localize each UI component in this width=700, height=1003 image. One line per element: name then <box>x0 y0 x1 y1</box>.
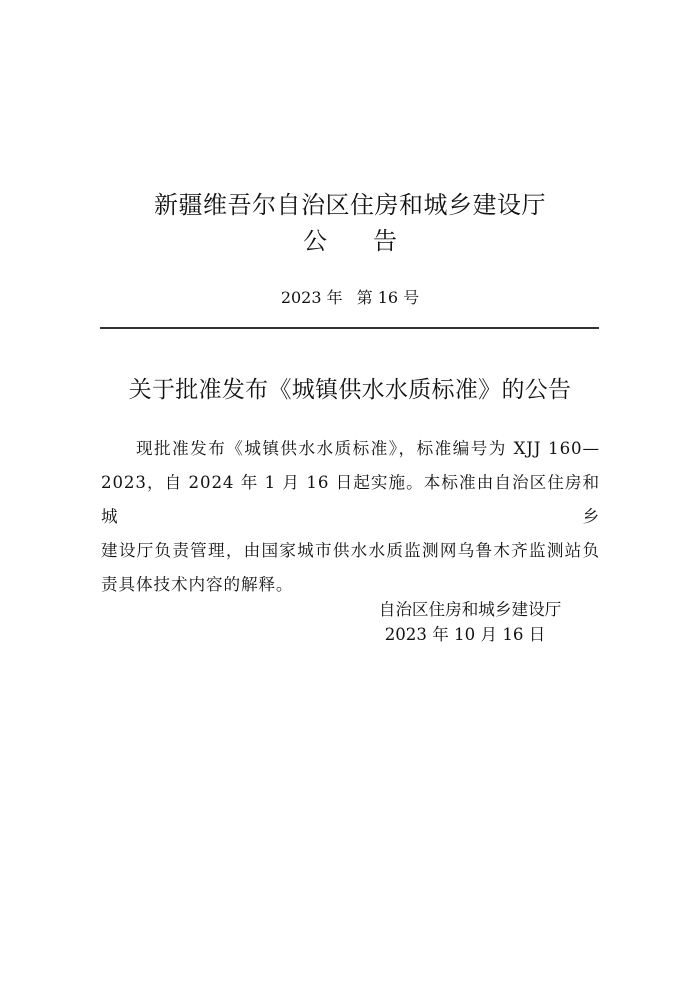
issuing-authority: 新疆维吾尔自治区住房和城乡建设厅 <box>0 188 700 222</box>
body-line: 建设厅负责管理，由国家城市供水水质监测网乌鲁木齐监测站负 <box>101 534 600 568</box>
notice-subject-title: 关于批准发布《城镇供水水质标准》的公告 <box>0 372 700 408</box>
document-issue-number: 第 16 号 <box>357 288 420 307</box>
doc-type-char-1: 公 <box>303 224 327 258</box>
body-line: 责具体技术内容的解释。 <box>101 568 600 602</box>
document-number: 2023 年第 16 号 <box>0 286 700 310</box>
signature-date: 2023 年 10 月 16 日 <box>370 623 560 647</box>
body-line: 现批准发布《城镇供水水质标准》，标准编号为 XJJ 160— <box>101 432 600 466</box>
doc-type-char-2: 告 <box>373 224 397 258</box>
header-divider <box>100 327 599 329</box>
signature-organization: 自治区住房和城乡建设厅 <box>370 598 570 622</box>
document-year: 2023 年 <box>281 288 343 307</box>
notice-body: 现批准发布《城镇供水水质标准》，标准编号为 XJJ 160— 2023，自 20… <box>101 432 600 602</box>
document-type-heading: 公告 <box>0 224 700 258</box>
body-line: 2023，自 2024 年 1 月 16 日起实施。本标准由自治区住房和城乡 <box>101 466 600 534</box>
